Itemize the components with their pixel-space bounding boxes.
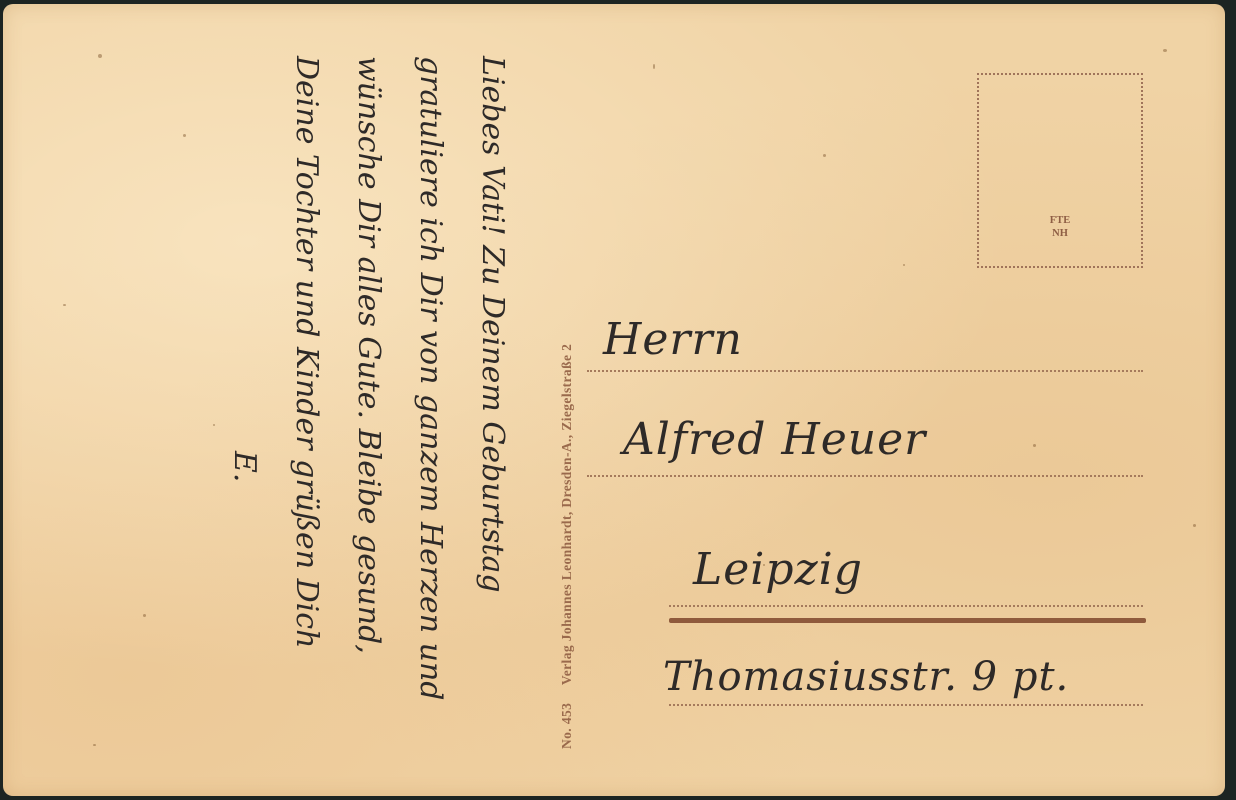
paper-speck (823, 154, 826, 157)
address-salutation: Herrn (603, 314, 743, 365)
paper-speck (1033, 444, 1036, 447)
paper-speck (143, 614, 146, 617)
paper-speck (903, 264, 905, 266)
stamp-code: FTE NH (979, 214, 1141, 240)
message-line: Liebes Vati! Zu Deinem Geburtstag (461, 56, 523, 701)
address-line-1 (587, 370, 1143, 372)
paper-speck (93, 744, 96, 746)
address-line-2 (587, 475, 1143, 477)
address-line-3 (669, 605, 1143, 607)
address-street: Thomasiusstr. 9 pt. (663, 654, 1069, 700)
stamp-code-line: FTE (979, 214, 1141, 227)
publisher-text: Verlag Johannes Leonhardt, Dresden-A., Z… (559, 344, 574, 685)
paper-speck (183, 134, 186, 137)
address-name: Alfred Heuer (623, 414, 926, 465)
message-signature: E. (213, 56, 275, 701)
card-number: No. 453 (559, 703, 574, 749)
message-line: gratuliere ich Dir von ganzem Herzen und (399, 56, 461, 701)
paper-speck (98, 54, 102, 58)
paper-speck (1193, 524, 1196, 527)
postcard: Liebes Vati! Zu Deinem Geburtstag gratul… (3, 4, 1225, 796)
city-underline-rule (669, 618, 1146, 623)
address-city: Leipzig (693, 544, 863, 595)
address-line-4 (669, 704, 1143, 706)
stamp-code-line: NH (979, 227, 1141, 240)
handwritten-message: Liebes Vati! Zu Deinem Geburtstag gratul… (213, 56, 523, 701)
paper-speck (63, 304, 66, 306)
publisher-imprint: No. 453 Verlag Johannes Leonhardt, Dresd… (559, 330, 575, 749)
paper-speck (1163, 49, 1167, 52)
message-line: wünsche Dir alles Gute. Bleibe gesund, (337, 56, 399, 701)
paper-speck (653, 64, 655, 69)
message-line: Deine Tochter und Kinder grüßen Dich (275, 56, 337, 701)
stamp-box: FTE NH (977, 73, 1143, 268)
